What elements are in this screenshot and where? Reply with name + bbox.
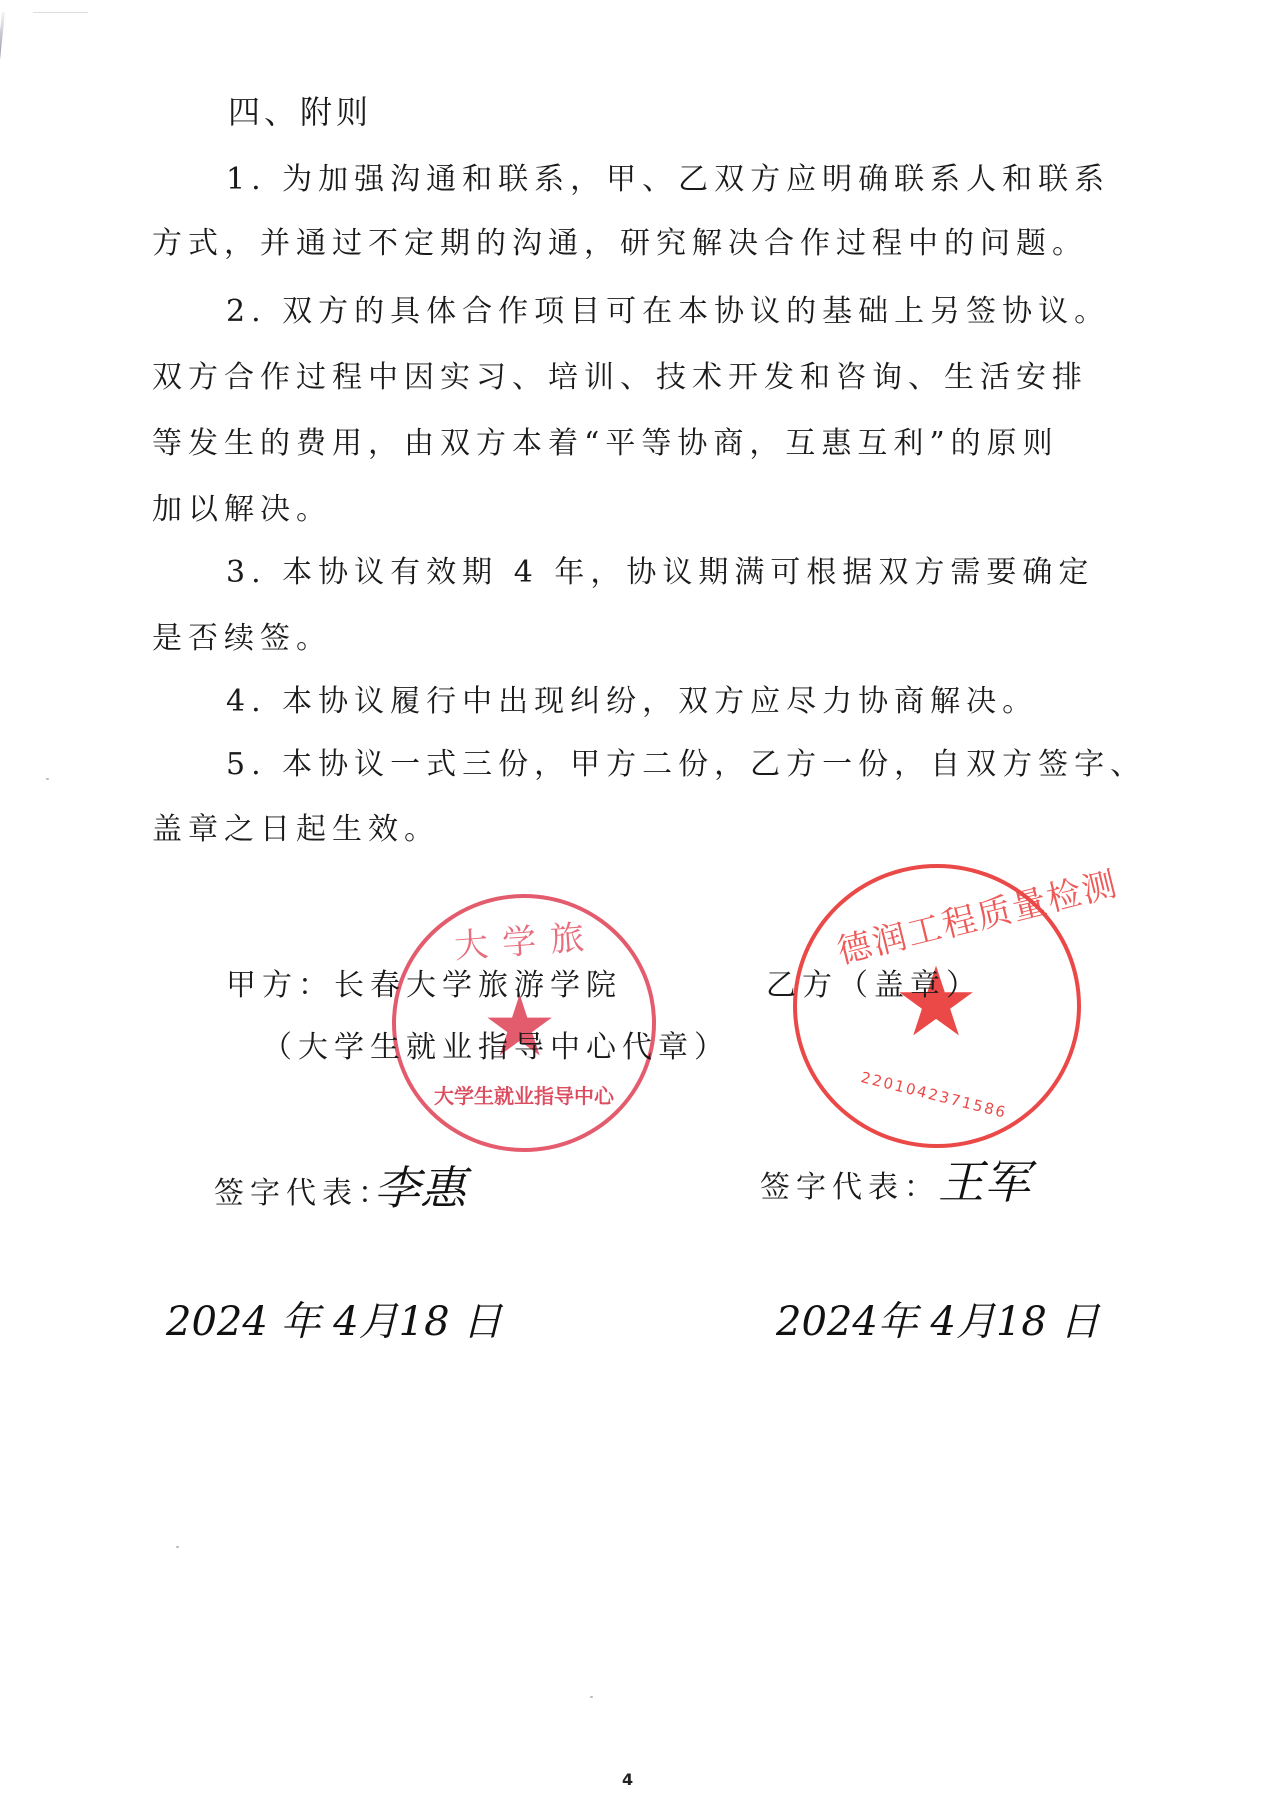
party-b-label: 乙方（盖章） <box>766 960 982 1004</box>
clause-line: 方式，并通过不定期的沟通，研究解决合作过程中的问题。 <box>152 224 1088 264</box>
party-a-label: 甲方：长春大学旅游学院 <box>226 960 622 1004</box>
party-b-signature-label: 签字代表： <box>760 1162 940 1206</box>
clause-line: 4. 本协议履行中出现纠纷，双方应尽力协商解决。 <box>226 682 1038 722</box>
party-a-signature-label: 签字代表： <box>214 1168 394 1212</box>
clause-line: 双方合作过程中因实习、培训、技术开发和咨询、生活安排 <box>152 358 1088 398</box>
clause-line: 2. 双方的具体合作项目可在本协议的基础上另签协议。 <box>226 292 1110 332</box>
party-b-seal: 德润工程质量检测 ★ 2201042371586 <box>793 864 1081 1148</box>
clause-line: 是否续签。 <box>152 619 332 659</box>
edge-top-line <box>33 12 88 13</box>
section-heading: 四、附则 <box>228 92 372 132</box>
clause-line: 3. 本协议有效期 4 年，协议期满可根据双方需要确定 <box>226 553 1094 593</box>
scan-speck <box>46 778 49 780</box>
page-number: 4 <box>622 1770 633 1789</box>
edge-line <box>0 12 5 231</box>
seal-b-number: 2201042371586 <box>859 1068 1009 1122</box>
party-a-signature: 李惠 <box>374 1152 466 1218</box>
party-b-signature: 王军 <box>938 1146 1030 1212</box>
party-a-sub-label: （大学生就业指导中心代章） <box>262 1022 730 1066</box>
party-a-date: 2024 年 4月18 日 <box>166 1290 502 1347</box>
clause-line: 盖章之日起生效。 <box>152 810 440 850</box>
clause-line: 等发生的费用，由双方本着“平等协商，互惠互利”的原则 <box>152 424 1059 464</box>
clause-line: 加以解决。 <box>152 490 332 530</box>
clause-line: 5. 本协议一式三份，甲方二份，乙方一份，自双方签字、 <box>226 745 1146 785</box>
scan-speck <box>176 1546 179 1548</box>
scan-speck <box>590 1696 593 1698</box>
party-b-date: 2024年 4月18 日 <box>776 1290 1100 1347</box>
seal-a-bottom-text: 大学生就业指导中心 <box>434 1080 614 1109</box>
clause-line: 1. 为加强沟通和联系，甲、乙双方应明确联系人和联系 <box>226 160 1110 200</box>
